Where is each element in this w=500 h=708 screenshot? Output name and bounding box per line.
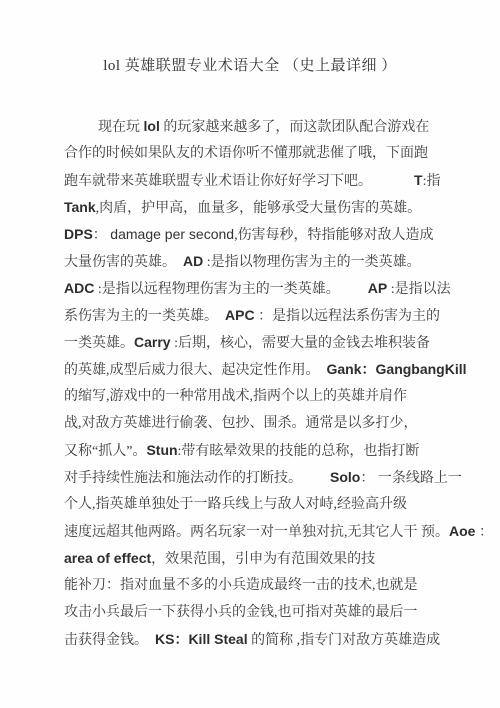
term-text: APC	[225, 307, 255, 323]
text-line: 现在玩 lol 的玩家越来越多了，而这款团队配合游戏在	[64, 113, 464, 140]
body-text: ，效果范围，引申为有范围效果的技	[151, 552, 375, 567]
body-text: ,伤害每秒，特指能够对敌人造成	[234, 228, 434, 243]
body-text: :是指以法	[387, 282, 450, 297]
body-text: 的缩写,游戏中的一种常用战术,指两个以上的英雄并肩作	[64, 389, 407, 404]
document-title: lol 英雄联盟专业术语大全 （史上最详细 ）	[0, 0, 500, 76]
text-line: 大量伤害的英雄。 AD :是指以物理伤害为主的一类英雄。	[64, 248, 464, 275]
text-line: 击获得金钱。 KS：Kill Steal 的简称 ,指专门对敌方英雄造成	[64, 626, 464, 653]
term-text: AP	[368, 280, 387, 296]
body-text: 个人,指英雄单独处于一路兵线上与敌人对峙,经验高升级	[64, 497, 407, 512]
body-text: ：是指以远程法系伤害为主的	[255, 309, 441, 324]
text-line: ADC :是指以远程物理伤害为主的一类英雄。 AP :是指以法	[64, 275, 464, 302]
body-text: :是指以远程物理伤害为主的一类英雄。	[94, 282, 339, 297]
body-text: ,肉盾，护甲高，血量多，能够承受大量伤害的英雄。	[96, 201, 422, 216]
term-text: area of effect	[64, 550, 151, 566]
body-text: damage per second	[110, 226, 234, 242]
term-text: lol	[144, 118, 160, 134]
body-text: 战,对敌方英雄进行偷袭、包抄、围杀。通常是以多打少，	[64, 416, 418, 431]
body-text: 大量伤害的英雄。	[64, 255, 183, 270]
body-text: 又称“抓人”。	[64, 444, 146, 459]
term-text: DPS	[64, 226, 93, 242]
body-text: :后期，核心，需要大量的金钱去堆积装备	[171, 336, 430, 351]
text-line: 系伤害为主的一类英雄。 APC ：是指以远程法系伤害为主的	[64, 302, 464, 329]
body-text: ：	[93, 228, 111, 243]
body-text: ：	[475, 525, 493, 540]
body-text	[372, 174, 414, 189]
term-text: Stun	[146, 442, 177, 458]
text-line: 跑车就带来英雄联盟专业术语让你好好学习下吧。 T:指	[64, 167, 464, 194]
text-line: DPS： damage per second,伤害每秒，特指能够对敌人造成	[64, 221, 464, 248]
term-text: ADC	[64, 280, 94, 296]
term-text: Solo	[330, 469, 360, 485]
body-text: 一类英雄。	[64, 336, 134, 351]
text-line: 的英雄,成型后威力很大、起决定性作用。 Gank：GangbangKill	[64, 356, 464, 383]
text-line: 速度远超其他两路。两名玩家一对一单独对抗,无其它人干 预。Aoe ：	[64, 518, 464, 545]
body-text: :带有眩晕效果的技能的总称，也指打断	[178, 444, 420, 459]
body-text: 攻击小兵最后一下获得小兵的金钱,也可指对英雄的最后一	[64, 605, 418, 620]
body-text	[340, 282, 368, 297]
body-text: ： 一条线路上一	[360, 471, 462, 486]
body-text: 对手持续性施法和施法动作的打断技。	[64, 471, 302, 486]
body-text	[302, 471, 330, 486]
text-line: 能补刀：指对血量不多的小兵造成最终一击的技术,也就是	[64, 572, 464, 599]
body-text: 现在玩	[98, 120, 144, 135]
body-text: 速度远超其他两路。两名玩家一对一单独对抗,无其它人干 预。	[64, 525, 449, 540]
term-text: AD	[183, 253, 203, 269]
term-text: KS：Kill Steal	[155, 631, 248, 647]
text-line: 一类英雄。Carry :后期，核心，需要大量的金钱去堆积装备	[64, 329, 464, 356]
body-text: 能补刀：指对血量不多的小兵造成最终一击的技术,也就是	[64, 578, 418, 593]
text-line: 的缩写,游戏中的一种常用战术,指两个以上的英雄并肩作	[64, 383, 464, 410]
body-text: :指	[423, 174, 441, 189]
body-text: 击获得金钱。	[64, 633, 155, 648]
term-text: Tank	[64, 199, 96, 215]
document-page: lol 英雄联盟专业术语大全 （史上最详细 ） 现在玩 lol 的玩家越来越多了…	[0, 0, 500, 708]
body-text: 合作的时候如果队友的术语你听不懂那就悲催了哦，下面跑	[64, 146, 428, 161]
text-line: 个人,指英雄单独处于一路兵线上与敌人对峙,经验高升级	[64, 491, 464, 518]
body-text: 跑车就带来英雄联盟专业术语让你好好学习下吧。	[64, 174, 372, 189]
text-line: 战,对敌方英雄进行偷袭、包抄、围杀。通常是以多打少，	[64, 410, 464, 437]
text-line: 对手持续性施法和施法动作的打断技。 Solo： 一条线路上一	[64, 464, 464, 491]
body-text: 的玩家越来越多了，而这款团队配合游戏在	[160, 120, 430, 135]
document-body: 现在玩 lol 的玩家越来越多了，而这款团队配合游戏在合作的时候如果队友的术语你…	[0, 113, 500, 653]
body-text: 系伤害为主的一类英雄。	[64, 309, 225, 324]
term-text: Carry	[134, 334, 171, 350]
text-line: 合作的时候如果队友的术语你听不懂那就悲催了哦，下面跑	[64, 140, 464, 167]
term-text: Gank：GangbangKill	[327, 361, 467, 377]
body-text: 的英雄,成型后威力很大、起决定性作用。	[64, 363, 327, 378]
text-line: Tank,肉盾，护甲高，血量多，能够承受大量伤害的英雄。	[64, 194, 464, 221]
term-text: Aoe	[449, 523, 475, 539]
body-text: :是指以物理伤害为主的一类英雄。	[203, 255, 420, 270]
text-line: 又称“抓人”。Stun:带有眩晕效果的技能的总称，也指打断	[64, 437, 464, 464]
body-text: 的简称 ,指专门对敌方英雄造成	[248, 633, 441, 648]
term-text: T	[414, 172, 423, 188]
text-line: 攻击小兵最后一下获得小兵的金钱,也可指对英雄的最后一	[64, 599, 464, 626]
text-line: area of effect，效果范围，引申为有范围效果的技	[64, 545, 464, 572]
